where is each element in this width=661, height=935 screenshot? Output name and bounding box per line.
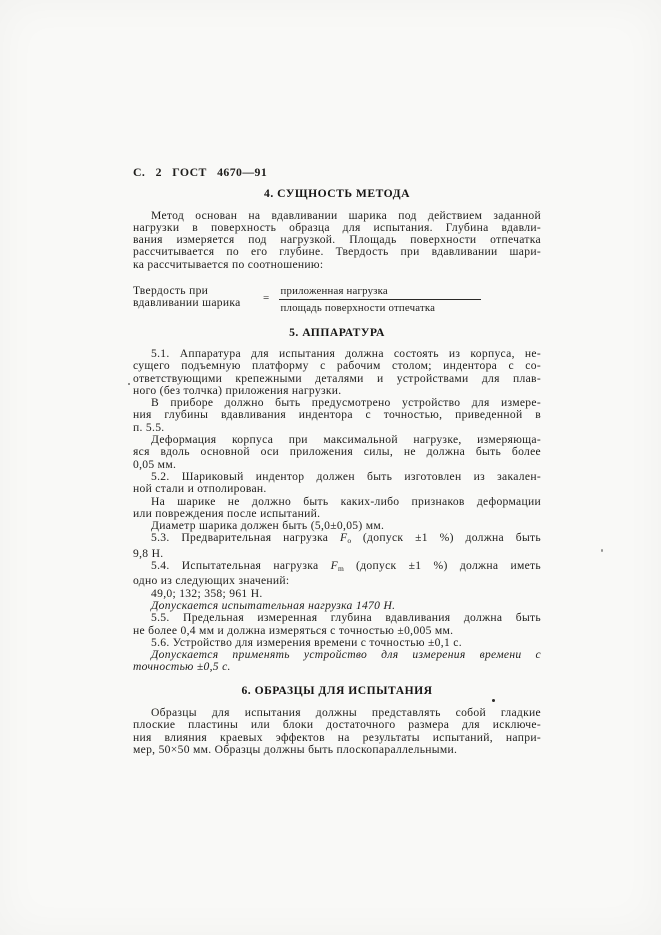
formula-fraction: приложенная нагрузка площадь поверхности…	[279, 285, 481, 315]
text-line: 5.5. Предельная измеренная глубина вдавл…	[133, 612, 541, 624]
text-line: 5.4. Испытательная нагрузка Fm (допуск ±…	[133, 560, 541, 575]
section-5-heading: 5. АППАРАТУРА	[133, 327, 541, 339]
text-line: яся вдоль основной оси приложения силы, …	[133, 446, 541, 458]
paragraph: В приборе должно быть предусмотрено устр…	[133, 397, 541, 434]
paragraph: На шарике не должно быть каких-либо приз…	[133, 496, 541, 521]
page-header: С. 2 ГОСТ 4670—91	[133, 166, 541, 178]
paragraph: Образцы для испытания должны представлят…	[133, 707, 541, 756]
text-line: На шарике не должно быть каких-либо приз…	[133, 496, 541, 508]
paragraph: 5.1. Аппаратура для испытания должна сос…	[133, 348, 541, 397]
section-6-body: Образцы для испытания должны представлят…	[133, 707, 541, 756]
text-line: рассчитывается по его глубине. Твердость…	[133, 246, 541, 258]
text-line: одно из следующих значений:	[133, 575, 541, 587]
equals-sign: =	[263, 292, 270, 315]
paragraph: 5.4. Испытательная нагрузка Fm (допуск ±…	[133, 560, 541, 588]
text-line: ответствующими крепежными деталями и уст…	[133, 373, 541, 385]
text-line: мер, 50×50 мм. Образцы должны быть плоск…	[133, 744, 541, 756]
paragraph: 5.2. Шариковый индентор должен быть изго…	[133, 471, 541, 496]
text-line: сущего подъемную платформу с рабочим сто…	[133, 360, 541, 372]
formula-numerator: приложенная нагрузка	[279, 285, 481, 300]
paragraph: 5.5. Предельная измеренная глубина вдавл…	[133, 612, 541, 637]
scanned-document-page: С. 2 ГОСТ 4670—91 4. СУЩНОСТЬ МЕТОДА Мет…	[0, 0, 661, 935]
paragraph: Метод основан на вдавливании шарика под …	[133, 210, 541, 271]
text-line: ка рассчитывается по соотношению:	[133, 259, 541, 271]
formula-lhs-line: вдавливании шарика	[133, 297, 263, 309]
text-line: плоские пластины или блоки достаточного …	[133, 719, 541, 731]
paragraph: Допускается применять устройство для изм…	[133, 649, 541, 674]
paragraph: Деформация корпуса при максимальной нагр…	[133, 434, 541, 471]
paragraph: 5.3. Предварительная нагрузка Fo (допуск…	[133, 532, 541, 560]
text-line: ной стали и отполирован.	[133, 483, 541, 495]
page-content: С. 2 ГОСТ 4670—91 4. СУЩНОСТЬ МЕТОДА Мет…	[133, 0, 541, 756]
scan-speck	[492, 699, 495, 702]
formula-lhs: Твердость при вдавливании шарика	[133, 285, 263, 315]
hardness-formula: Твердость при вдавливании шарика = прило…	[133, 285, 541, 315]
formula-denominator: площадь поверхности отпечатка	[279, 300, 481, 314]
section-6-heading: 6. ОБРАЗЦЫ ДЛЯ ИСПЫТАНИЯ	[133, 685, 541, 697]
section-4-heading: 4. СУЩНОСТЬ МЕТОДА	[133, 188, 541, 200]
text-line: точностью ±0,5 с.	[133, 661, 541, 673]
scan-speck	[601, 549, 603, 552]
text-line: 5.3. Предварительная нагрузка Fo (допуск…	[133, 532, 541, 547]
section-5-body: 5.1. Аппаратура для испытания должна сос…	[133, 348, 541, 674]
text-line: ния глубины вдавливания индентора с точн…	[133, 409, 541, 421]
text-line: не более 0,4 мм и должна измеряться с то…	[133, 625, 541, 637]
scan-speck	[128, 383, 130, 385]
section-4-body: Метод основан на вдавливании шарика под …	[133, 210, 541, 271]
